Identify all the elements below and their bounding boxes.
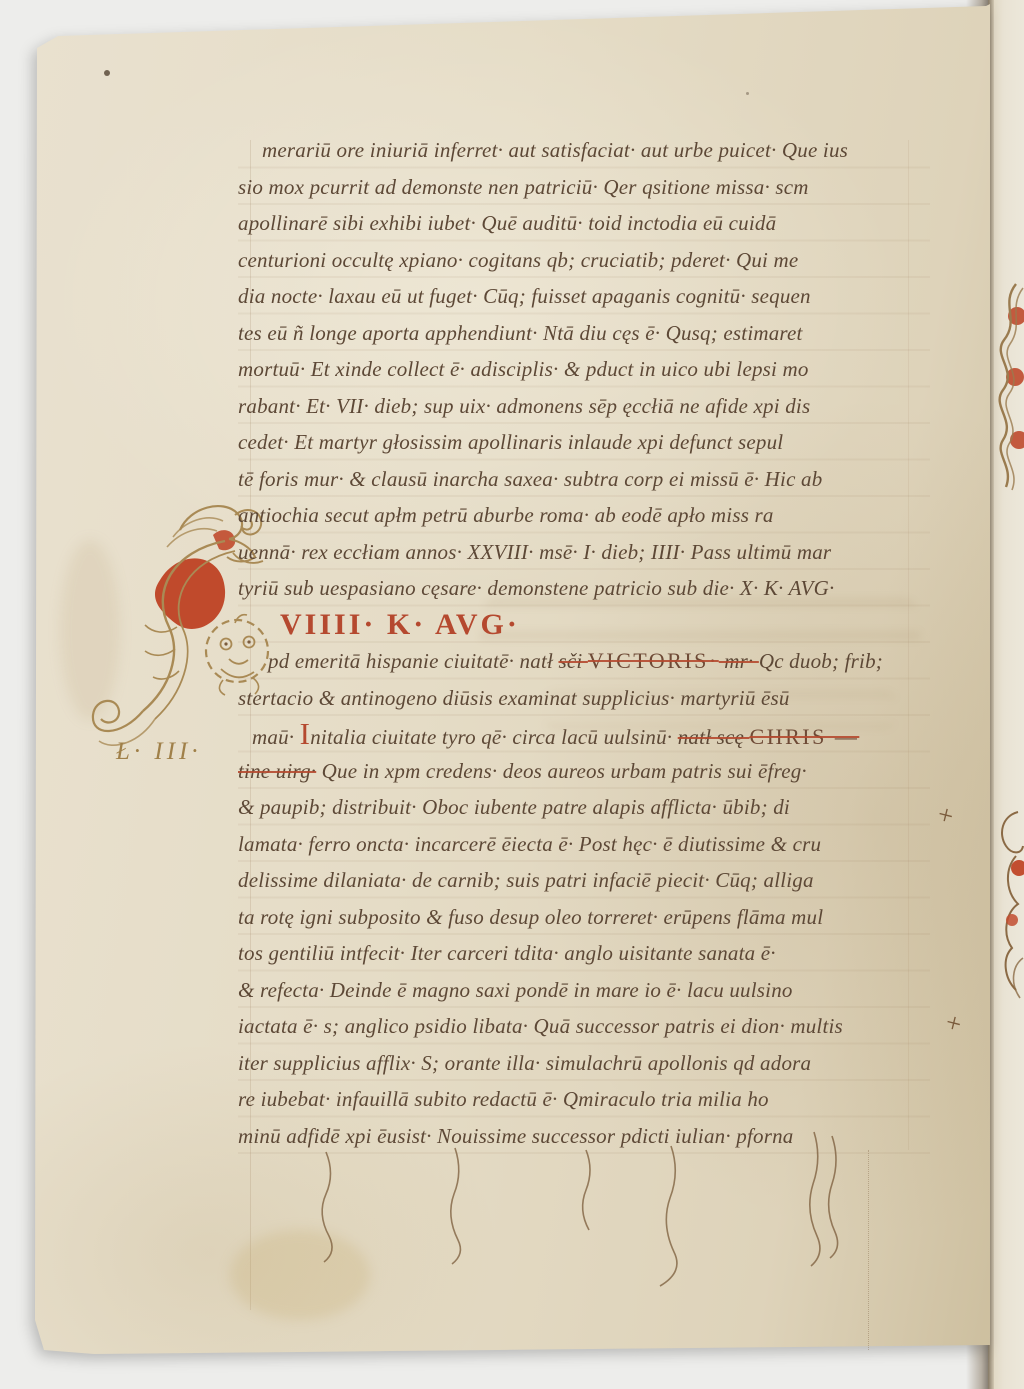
descender-flourishes-icon bbox=[0, 0, 1024, 1389]
manuscript-photo: Ł· III· + + merariū ore iniuriā inferret… bbox=[0, 0, 1024, 1389]
